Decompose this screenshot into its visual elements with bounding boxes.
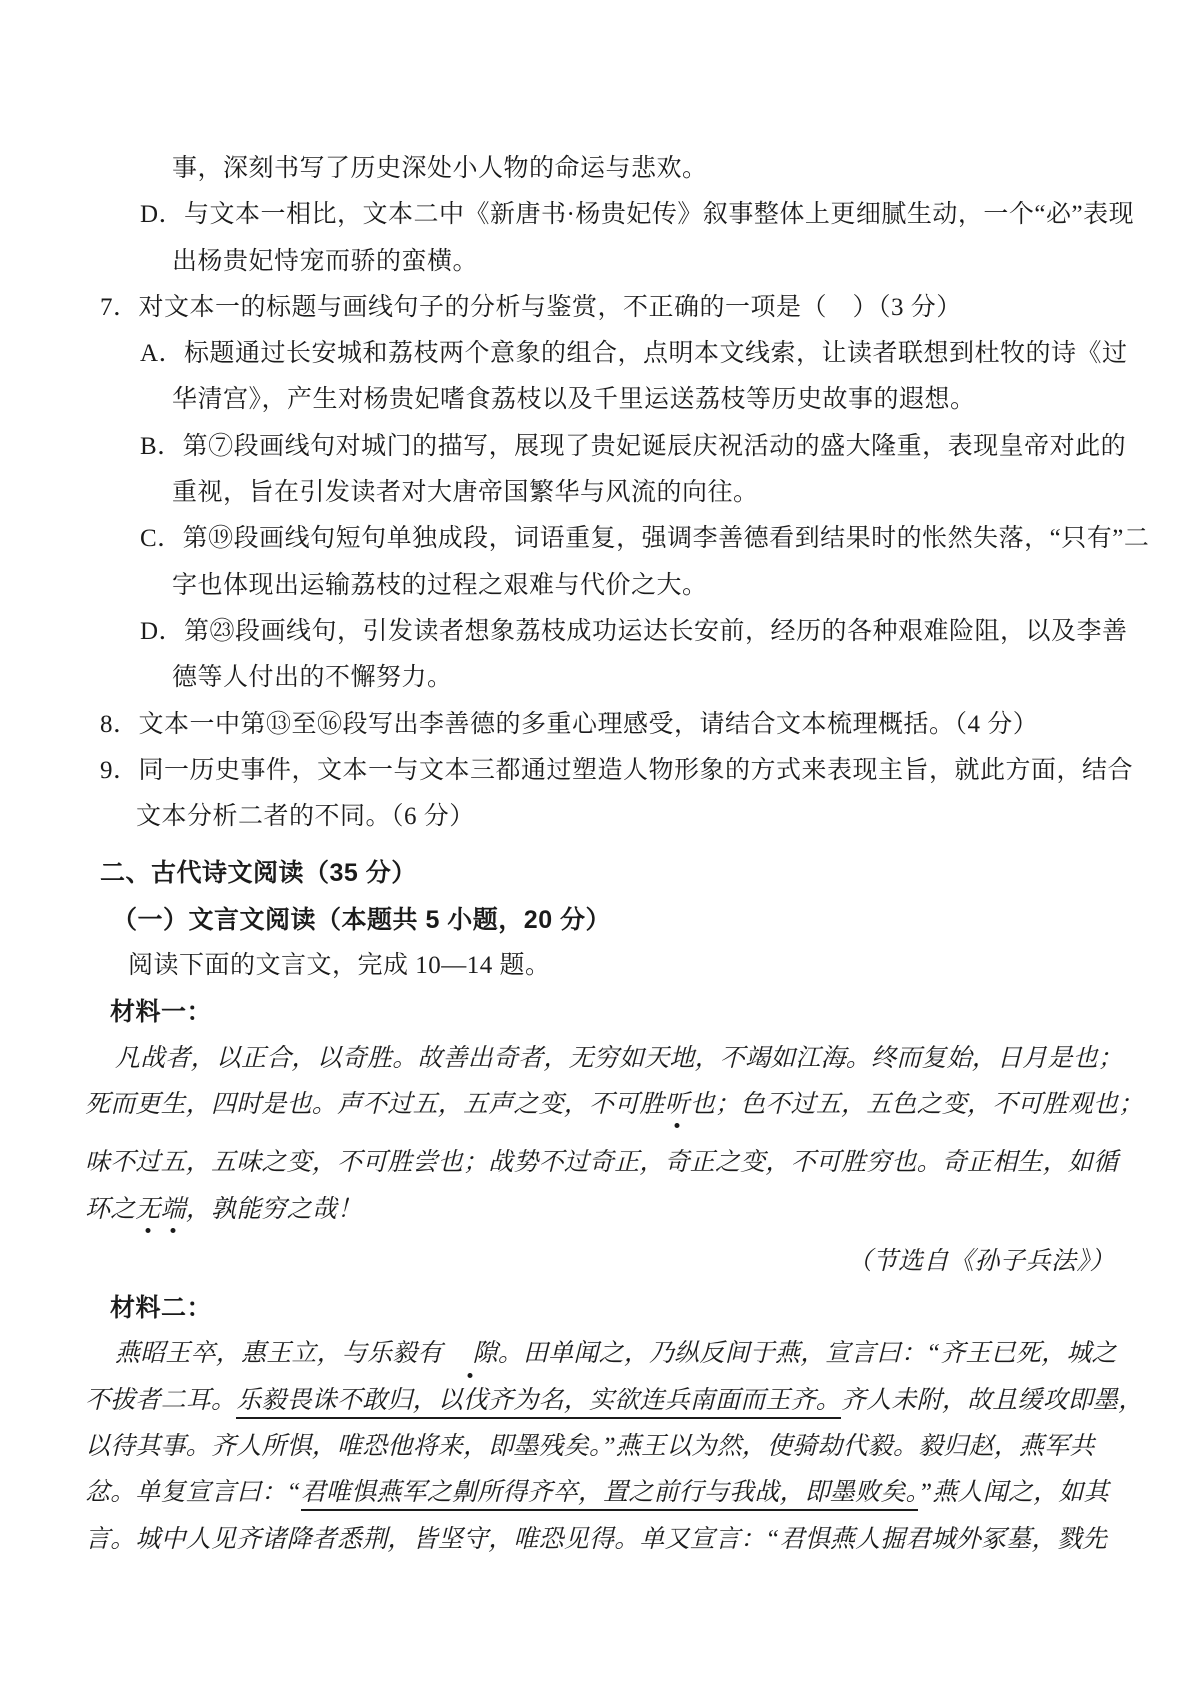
text-run: 言。城中人见齐诸降者悉荆，皆坚守，唯恐见得。单又宣言：“君惧燕人掘君城外冢墓，戮… (85, 1526, 1107, 1553)
underlined-text: 君唯惧燕军之劓所得齐卒，置之前行与我战，即墨败矣。 (301, 1479, 919, 1511)
text-run: B．第⑦段画线句对城门的描写，展现了贵妃诞辰庆祝活动的盛大隆重，表现皇帝对此的 (140, 433, 1126, 460)
text-run: 也；色不过五，五色之变，不可胜观也； (690, 1091, 1144, 1118)
material-1-line-3: 味不过五，五味之变，不可胜尝也；战势不过奇正，奇正之变，不可胜穷也。奇正相生，如… (85, 1140, 1115, 1186)
text-run: 7．对文本一的标题与画线句子的分析与鉴赏，不正确的一项是（ ）（3 分） (100, 294, 962, 321)
text-run: 材料一： (110, 998, 212, 1026)
material-2-label: 材料二： (110, 1285, 1115, 1331)
text-run: 9．同一历史事件，文本一与文本三都通过塑造人物形象的方式来表现主旨，就此方面，结… (100, 757, 1133, 784)
text-run: 。田单闻之，乃纵反间于燕，宣言曰：“齐王已死，城之 (498, 1340, 1117, 1367)
q7-option-b-cont: 重视，旨在引发读者对大唐帝国繁华与风流的向往。 (172, 470, 1115, 516)
text-run: 德等人付出的不懈努力。 (172, 664, 453, 691)
text-run: 8．文本一中第⑬至⑯段写出李善德的多重心理感受，请结合文本梳理概括。（4 分） (100, 711, 1038, 738)
text-run: 凡战者，以正合，以奇胜。故善出奇者，无穷如天地，不竭如江海。终而复始，日月是也； (115, 1045, 1123, 1072)
text-run: 材料二： (110, 1294, 212, 1322)
material-1-label: 材料一： (110, 989, 1115, 1035)
text-run: C．第⑲段画线句短句单独成段，词语重复，强调李善德看到结果时的怅然失落，“只有”… (140, 525, 1149, 552)
text-run: 华清宫》，产生对杨贵妃嗜食荔枝以及千里运送荔枝等历史故事的遐想。 (172, 386, 976, 413)
material-2-line-5: 言。城中人见齐诸降者悉荆，皆坚守，唯恐见得。单又宣言：“君惧燕人掘君城外冢墓，戮… (85, 1517, 1115, 1563)
material-2-line-4: 忿。单复宣言曰：“君唯惧燕军之劓所得齐卒，置之前行与我战，即墨败矣。”燕人闻之，… (85, 1470, 1115, 1516)
material-1-line-1: 凡战者，以正合，以奇胜。故善出奇者，无穷如天地，不竭如江海。终而复始，日月是也； (85, 1036, 1115, 1082)
q7-option-d: D．第㉓段画线句，引发读者想象荔枝成功运达长安前，经历的各种艰难险阻，以及李善 (140, 609, 1115, 655)
section-2-heading: 二、古代诗文阅读（35 分） (100, 850, 1115, 896)
text-run: 死而更生，四时是也。声不过五，五声之变，不可胜 (85, 1091, 665, 1118)
material-1-line-2: 死而更生，四时是也。声不过五，五声之变，不可胜听也；色不过五，五色之变，不可胜观… (85, 1082, 1115, 1128)
text-run: D．第㉓段画线句，引发读者想象荔枝成功运达长安前，经历的各种艰难险阻，以及李善 (140, 618, 1128, 645)
q6-option-c-cont: 事，深刻书写了历史深处小人物的命运与悲欢。 (172, 146, 1115, 192)
question-9: 9．同一历史事件，文本一与文本三都通过塑造人物形象的方式来表现主旨，就此方面，结… (100, 748, 1115, 794)
text-run: 阅读下面的文言文，完成 10—14 题。 (128, 952, 551, 979)
text-run: ，孰能穷之哉！ (186, 1196, 362, 1223)
text-run: 文本分析二者的不同。（6 分） (136, 803, 475, 830)
text-run: 重视，旨在引发读者对大唐帝国繁华与风流的向往。 (172, 479, 759, 506)
q7-option-c-cont: 字也体现出运输荔枝的过程之艰难与代价之大。 (172, 563, 1115, 609)
text-run: 环之 (85, 1196, 135, 1223)
source-citation: （节选自《孙子兵法》） (100, 1239, 1115, 1285)
text-run: 齐人未附，故且缓攻即墨， (841, 1387, 1143, 1414)
text-run: 以待其事。齐人所惧，唯恐他将来，即墨残矣。”燕王以为然，使骑劫代毅。毅归赵，燕军… (85, 1433, 1095, 1460)
material-2-line-3: 以待其事。齐人所惧，唯恐他将来，即墨残矣。”燕王以为然，使骑劫代毅。毅归赵，燕军… (85, 1424, 1115, 1470)
text-run: A．标题通过长安城和荔枝两个意象的组合，点明本文线索，让读者联想到杜牧的诗《过 (140, 340, 1128, 367)
emphasis-dot-char: 听 (665, 1082, 690, 1128)
text-run: 事，深刻书写了历史深处小人物的命运与悲欢。 (172, 155, 708, 182)
text-run: （节选自《孙子兵法》） (847, 1248, 1115, 1275)
subsection-1-heading: （一）文言文阅读（本题共 5 小题，20 分） (112, 897, 1115, 943)
q7-option-a-cont: 华清宫》，产生对杨贵妃嗜食荔枝以及千里运送荔枝等历史故事的遐想。 (172, 377, 1115, 423)
material-1-line-4: 环之无端，孰能穷之哉！ (85, 1187, 1115, 1233)
question-8: 8．文本一中第⑬至⑯段写出李善德的多重心理感受，请结合文本梳理概括。（4 分） (100, 702, 1115, 748)
text-run: 出杨贵妃恃宠而骄的蛮横。 (172, 248, 478, 275)
q6-option-d-cont: 出杨贵妃恃宠而骄的蛮横。 (172, 239, 1115, 285)
emphasis-dot-char: 隙 (443, 1331, 498, 1377)
question-9-cont: 文本分析二者的不同。（6 分） (136, 794, 1115, 840)
q7-option-b: B．第⑦段画线句对城门的描写，展现了贵妃诞辰庆祝活动的盛大隆重，表现皇帝对此的 (140, 424, 1115, 470)
text-run: D．与文本一相比，文本二中《新唐书·杨贵妃传》叙事整体上更细腻生动，一个“必”表… (140, 201, 1134, 228)
text-run: 味不过五，五味之变，不可胜尝也；战势不过奇正，奇正之变，不可胜穷也。奇正相生，如… (85, 1149, 1118, 1176)
material-2-line-2: 不拔者二耳。乐毅畏诛不敢归，以伐齐为名，实欲连兵南面而王齐。齐人未附，故且缓攻即… (85, 1378, 1115, 1424)
q7-option-c: C．第⑲段画线句短句单独成段，词语重复，强调李善德看到结果时的怅然失落，“只有”… (140, 516, 1115, 562)
document-body: 事，深刻书写了历史深处小人物的命运与悲欢。D．与文本一相比，文本二中《新唐书·杨… (100, 146, 1115, 1563)
material-2-line-1: 燕昭王卒，惠王立，与乐毅有隙。田单闻之，乃纵反间于燕，宣言曰：“齐王已死，城之 (85, 1331, 1115, 1377)
reading-intro: 阅读下面的文言文，完成 10—14 题。 (128, 943, 1115, 989)
emphasis-dot-char: 端 (161, 1187, 186, 1233)
text-run: 忿。单复宣言曰：“ (85, 1479, 301, 1506)
text-run: 燕昭王卒，惠王立，与乐毅有 (115, 1340, 443, 1367)
emphasis-dot-char: 无 (135, 1187, 160, 1233)
q7-option-a: A．标题通过长安城和荔枝两个意象的组合，点明本文线索，让读者联想到杜牧的诗《过 (140, 331, 1115, 377)
text-run: 二、古代诗文阅读（35 分） (100, 859, 417, 887)
text-run: 字也体现出运输荔枝的过程之艰难与代价之大。 (172, 572, 708, 599)
underlined-text: 乐毅畏诛不敢归，以伐齐为名，实欲连兵南面而王齐。 (236, 1387, 841, 1419)
q7-option-d-cont: 德等人付出的不懈努力。 (172, 655, 1115, 701)
question-7: 7．对文本一的标题与画线句子的分析与鉴赏，不正确的一项是（ ）（3 分） (100, 285, 1115, 331)
q6-option-d: D．与文本一相比，文本二中《新唐书·杨贵妃传》叙事整体上更细腻生动，一个“必”表… (140, 192, 1115, 238)
text-run: 不拔者二耳。 (85, 1387, 236, 1414)
text-run: （一）文言文阅读（本题共 5 小题，20 分） (112, 906, 611, 934)
text-run: ”燕人闻之，如其 (918, 1479, 1109, 1506)
